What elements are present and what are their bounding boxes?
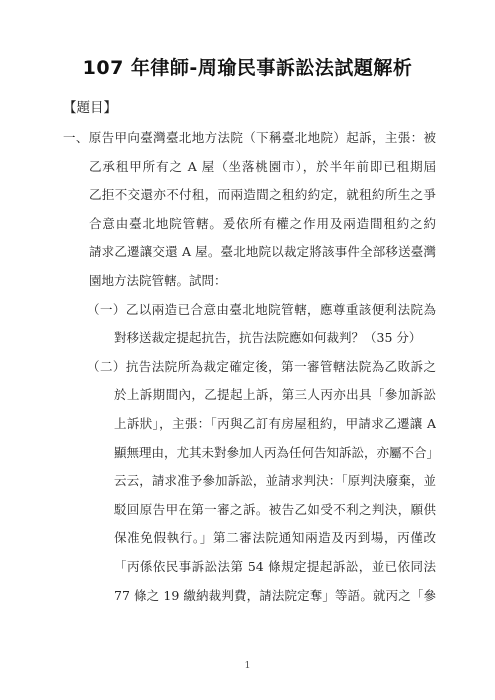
text-line: 保准免假執行。」第二審法院通知兩造及丙到場，丙僅改稱： — [63, 524, 436, 553]
section-label-question: 【題目】 — [63, 96, 117, 116]
page-number: 1 — [0, 660, 495, 671]
document-page: 107 年律師-周瑜民事訴訟法試題解析 【題目】 一、原告甲向臺灣臺北地方法院（… — [0, 0, 495, 700]
text-line: 上訴狀」，主張：「丙與乙訂有房屋租約，甲請求乙遷讓 A 屋， — [63, 410, 436, 439]
text-line: 駁回原告甲在第一審之訴。被告乙如受不利之判決，願供擔 — [63, 496, 436, 525]
text-line: 乙承租甲所有之 A 屋（坐落桃園市），於半年前即已租期屆滿， — [63, 153, 436, 182]
text-line: 合意由臺北地院管轄。爰依所有權之作用及兩造間租約之約定， — [63, 210, 436, 239]
text-line: 對移送裁定提起抗告，抗告法院應如何裁判？（35 分） — [63, 324, 436, 353]
text-line: 一、原告甲向臺灣臺北地方法院（下稱臺北地院）起訴，主張：被告 — [63, 124, 436, 153]
text-line: 「丙係依民事訴訟法第 54 條規定提起訴訟，並已依同法第 — [63, 553, 436, 582]
text-line: 顯無理由，尤其未對參加人丙為任何告知訴訟，亦屬不合」 — [63, 439, 436, 468]
text-line: （一）乙以兩造已合意由臺北地院管轄，應尊重該便利法院為由， — [63, 296, 436, 325]
text-line: 於上訴期間內，乙提起上訴，第三人丙亦出具「參加訴訟及 — [63, 381, 436, 410]
text-line: 乙拒不交還亦不付租，而兩造間之租約約定，就租約所生之爭議 — [63, 181, 436, 210]
text-line: （二）抗告法院所為裁定確定後，第一審管轄法院為乙敗訴之判決。 — [63, 353, 436, 382]
document-title: 107 年律師-周瑜民事訴訟法試題解析 — [0, 53, 495, 80]
text-line: 園地方法院管轄。試問： — [63, 267, 436, 296]
text-line: 云云，請求准予參加訴訟，並請求判決：「原判決廢棄，並 — [63, 467, 436, 496]
text-line: 請求乙遷讓交還 A 屋。臺北地院以裁定將該事件全部移送臺灣桃 — [63, 238, 436, 267]
question-body: 一、原告甲向臺灣臺北地方法院（下稱臺北地院）起訴，主張：被告 乙承租甲所有之 A… — [63, 124, 436, 610]
text-line: 77 條之 19 繳納裁判費，請法院定奪」等語。就丙之「參加 — [63, 582, 436, 611]
